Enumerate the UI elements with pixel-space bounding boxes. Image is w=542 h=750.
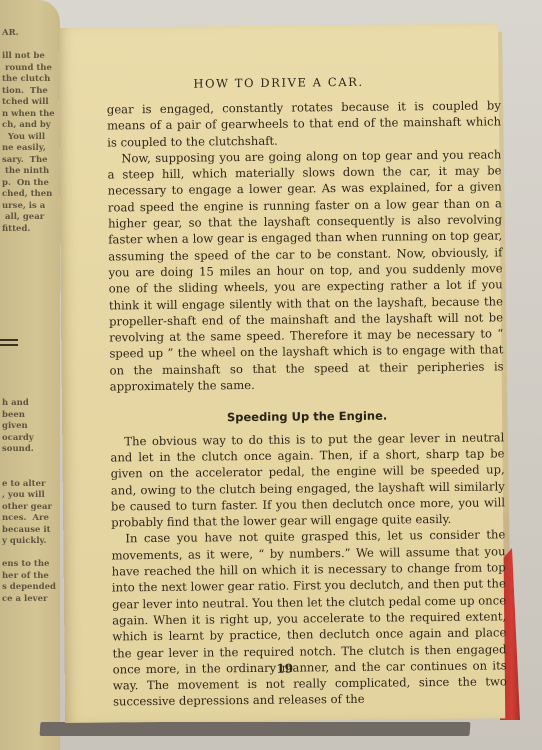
book-shadow (40, 722, 471, 736)
left-page-text-top: AR. ill not be round the the clutch tion… (2, 28, 58, 235)
left-page-text-bottom: h and been given ocardy sound. e to alte… (2, 398, 58, 605)
page-body: gear is engaged, constantly rotates beca… (107, 97, 507, 710)
paragraph: In case you have not quite grasped this,… (111, 527, 507, 710)
left-page-rule (0, 344, 18, 346)
book-page: HOW TO DRIVE A CAR. gear is engaged, con… (58, 23, 505, 723)
left-page-rule (0, 339, 18, 341)
paragraph: Now, supposing you are going along on to… (107, 146, 504, 395)
section-heading: Speeding Up the Engine. (110, 407, 504, 427)
paragraph: The obvious way to do this is to put the… (110, 429, 505, 531)
running-head: HOW TO DRIVE A CAR. (59, 73, 499, 92)
left-facing-page: AR. ill not be round the the clutch tion… (0, 0, 60, 750)
paragraph: gear is engaged, constantly rotates beca… (107, 97, 501, 150)
